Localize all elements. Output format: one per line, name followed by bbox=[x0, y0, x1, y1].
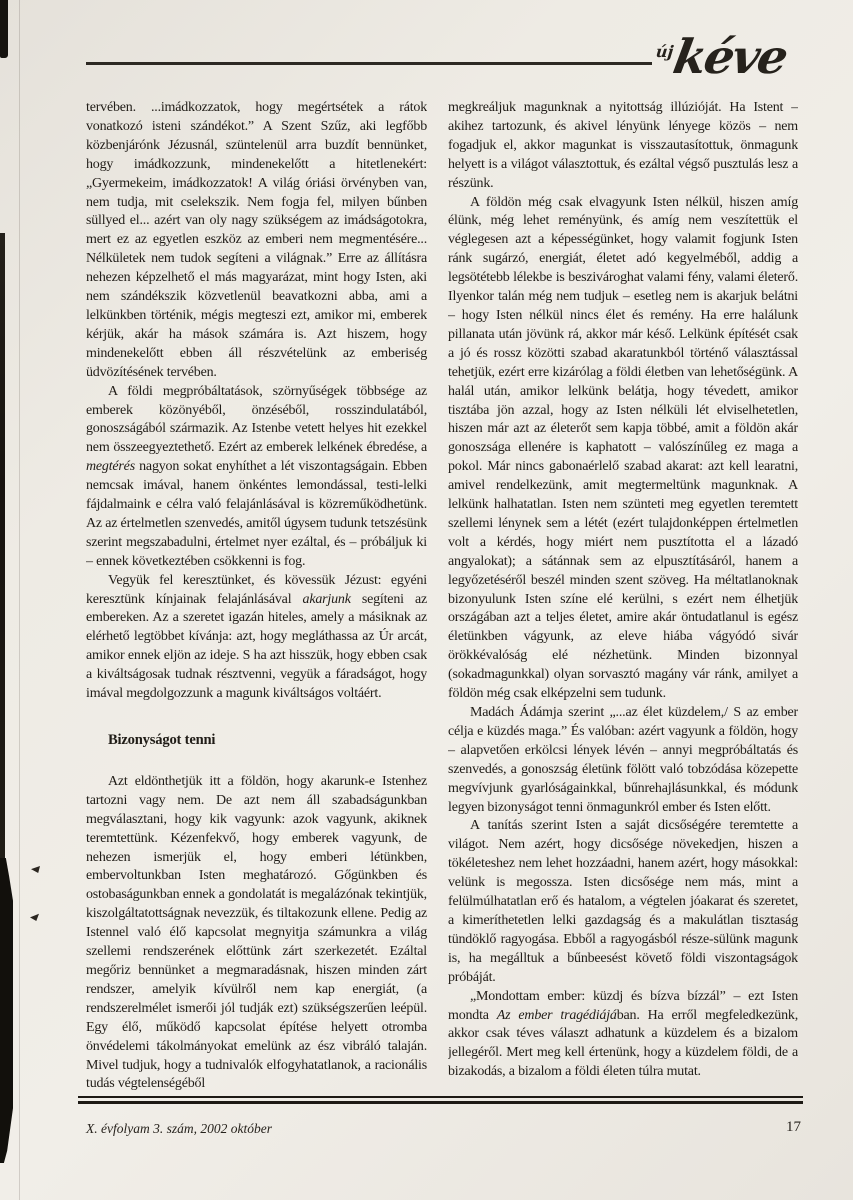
paper-fold-line bbox=[19, 0, 20, 1200]
masthead-rule bbox=[86, 62, 652, 65]
logo-main-text: kéve bbox=[669, 30, 790, 85]
scan-edge-strip-bottom bbox=[0, 858, 13, 1163]
text-run: megkreáljuk magunknak a nyitottság illúz… bbox=[448, 100, 798, 191]
footer-issue-line: X. évfolyam 3. szám, 2002 október bbox=[86, 1121, 272, 1137]
text-run: nagyon sokat enyhíthet a lét viszontagsá… bbox=[86, 459, 427, 569]
text-column-left: tervében. ...imádkozzatok, hogy megértsé… bbox=[86, 99, 427, 1091]
body-paragraph: „Mondottam ember: küzdj és bízva bízzál”… bbox=[448, 988, 798, 1083]
footer-rule-top bbox=[78, 1096, 803, 1098]
section-heading: Bizonyságot tenni bbox=[108, 731, 427, 750]
text-run: A földi megpróbáltatások, szörnyűségek t… bbox=[86, 384, 427, 456]
text-run: tervében. ...imádkozzatok, hogy megértsé… bbox=[86, 100, 427, 380]
body-paragraph: Azt eldönthetjük itt a földön, hogy akar… bbox=[86, 773, 427, 1091]
emphasized-text: Az ember tragédiájá bbox=[497, 1008, 617, 1023]
scan-speck bbox=[31, 866, 40, 873]
text-run: A tanítás szerint Isten a saját dicsőség… bbox=[448, 818, 798, 984]
scan-edge-mark-top bbox=[0, 0, 8, 58]
body-paragraph: A földi megpróbáltatások, szörnyűségek t… bbox=[86, 383, 427, 572]
emphasized-text: megtérés bbox=[86, 459, 135, 474]
body-paragraph: A földön még csak elvagyunk Isten nélkül… bbox=[448, 194, 798, 704]
body-paragraph: A tanítás szerint Isten a saját dicsőség… bbox=[448, 817, 798, 987]
scan-edge-strip bbox=[0, 233, 5, 860]
body-paragraph: tervében. ...imádkozzatok, hogy megértsé… bbox=[86, 99, 427, 383]
footer-page-number: 17 bbox=[786, 1119, 801, 1136]
scan-speck bbox=[30, 913, 39, 921]
body-paragraph: Vegyük fel keresztünket, és kövessük Jéz… bbox=[86, 572, 427, 704]
text-run: segíteni az embereken. Az a szeretet iga… bbox=[86, 592, 427, 702]
text-run: Bizonyságot tenni bbox=[108, 732, 215, 748]
text-run: Azt eldönthetjük itt a földön, hogy akar… bbox=[86, 774, 427, 1091]
emphasized-text: akarjunk bbox=[303, 592, 351, 607]
text-run: A földön még csak elvagyunk Isten nélkül… bbox=[448, 195, 798, 702]
body-paragraph: megkreáljuk magunknak a nyitottság illúz… bbox=[448, 99, 798, 194]
text-column-right: megkreáljuk magunknak a nyitottság illúz… bbox=[448, 99, 798, 1091]
magazine-page: új kéve tervében. ...imádkozzatok, hogy … bbox=[0, 0, 853, 1200]
body-paragraph: Madách Ádámja szerint „...az élet küzdel… bbox=[448, 704, 798, 817]
footer-rule-bottom bbox=[78, 1101, 803, 1104]
text-run: Madách Ádámja szerint „...az élet küzdel… bbox=[448, 705, 798, 815]
logo-prefix-text: új bbox=[655, 42, 674, 61]
magazine-logo: új kéve bbox=[648, 28, 828, 94]
